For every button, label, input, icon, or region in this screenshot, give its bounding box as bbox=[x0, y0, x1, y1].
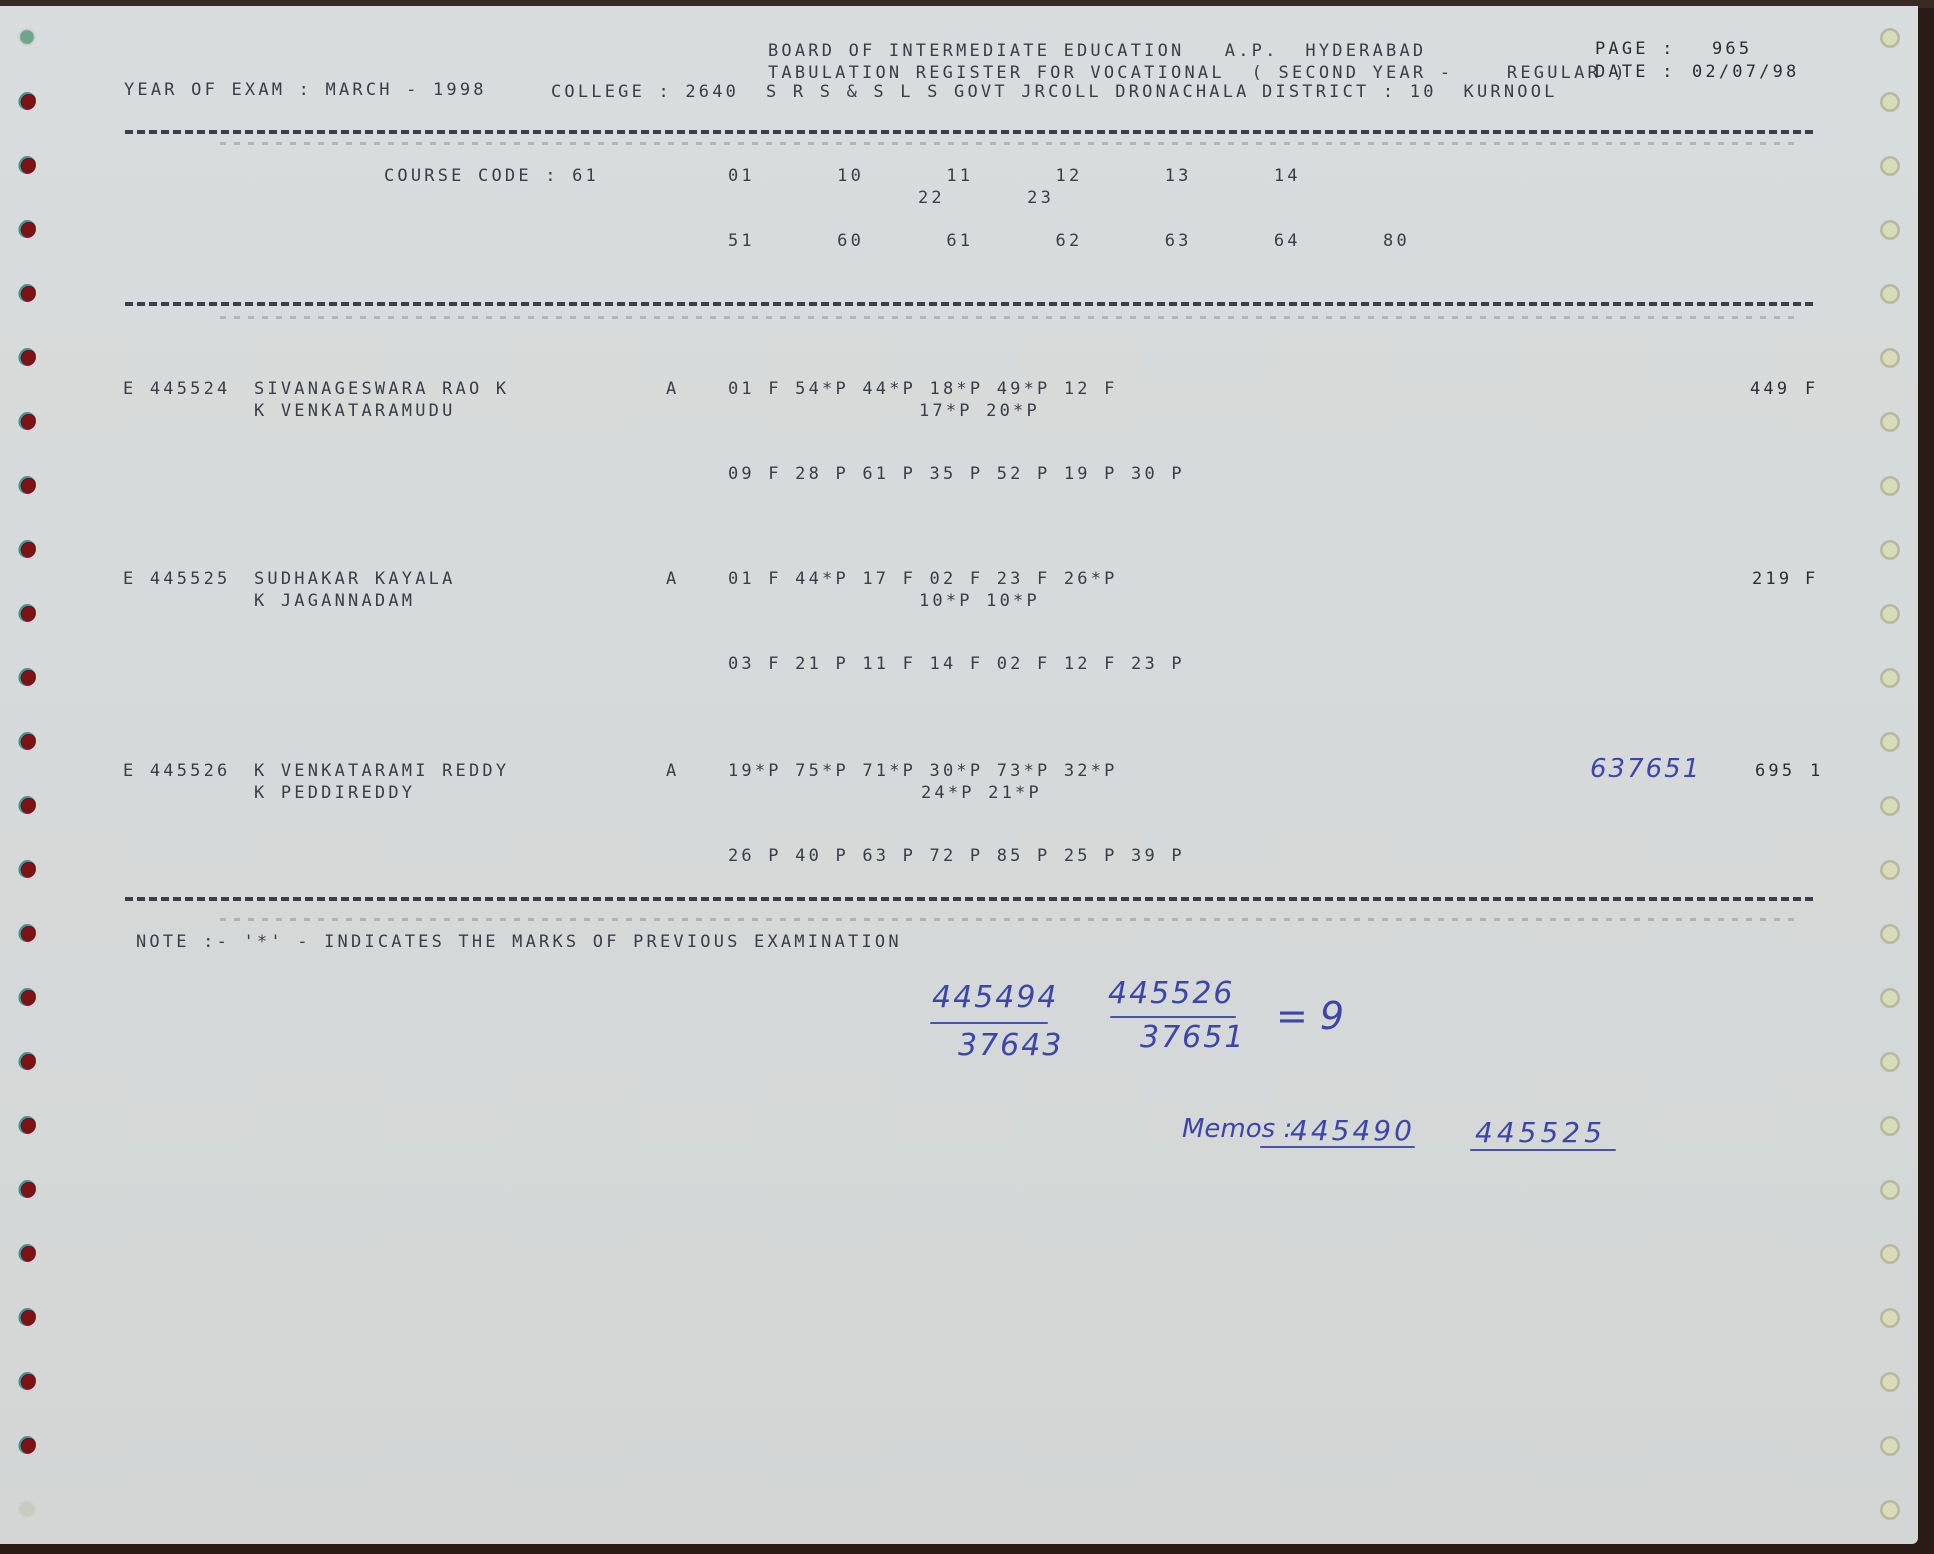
fraction-bar bbox=[930, 1022, 1048, 1024]
marks-row1: 01 F 44*P 17 F 02 F 23 F 26*P bbox=[728, 569, 1118, 589]
subject-codes-row2: 51 60 61 62 63 64 80 bbox=[728, 231, 1410, 251]
fraction1-denominator: 37643 bbox=[958, 1028, 1063, 1063]
feed-hole-icon bbox=[18, 604, 36, 622]
printout-sheet: BOARD OF INTERMEDIATE EDUCATION A.P. HYD… bbox=[0, 6, 1918, 1544]
equals-result: = 9 bbox=[1276, 994, 1344, 1038]
feed-hole-icon bbox=[1880, 1116, 1900, 1136]
marks-row1: 01 F 54*P 44*P 18*P 49*P 12 F bbox=[728, 379, 1118, 399]
feed-hole-icon bbox=[18, 348, 36, 366]
feed-hole-icon bbox=[18, 1116, 36, 1134]
feed-hole-icon bbox=[1880, 924, 1900, 944]
feed-hole-icon bbox=[1880, 796, 1900, 816]
page-number: 965 bbox=[1712, 39, 1752, 59]
fraction2-numerator: 445526 bbox=[1108, 976, 1235, 1011]
feed-hole-icon bbox=[18, 668, 36, 686]
feed-hole-icon bbox=[18, 1500, 36, 1518]
hall-ticket-number: E 445526 bbox=[123, 761, 230, 781]
feed-hole-icon bbox=[18, 1244, 36, 1262]
separator-shadow bbox=[220, 918, 1800, 921]
feed-hole-icon bbox=[1880, 540, 1900, 560]
hall-ticket-number: E 445525 bbox=[123, 569, 230, 589]
feed-hole-icon bbox=[1880, 476, 1900, 496]
total-marks: 219 bbox=[1752, 569, 1792, 589]
feed-hole-icon bbox=[1880, 604, 1900, 624]
feed-hole-icon bbox=[1880, 668, 1900, 688]
subject-codes-row1b: 22 23 bbox=[918, 188, 1054, 208]
memos-value2: 445525 bbox=[1475, 1116, 1606, 1149]
hall-ticket-number: E 445524 bbox=[123, 379, 230, 399]
feed-hole-icon bbox=[1880, 1180, 1900, 1200]
feed-hole-icon bbox=[18, 220, 36, 238]
feed-hole-icon bbox=[18, 1372, 36, 1390]
feed-hole-icon bbox=[1880, 220, 1900, 240]
underline bbox=[1260, 1146, 1415, 1148]
feed-hole-icon bbox=[18, 796, 36, 814]
feed-hole-icon bbox=[18, 412, 36, 430]
marks-row1: 19*P 75*P 71*P 30*P 73*P 32*P bbox=[728, 761, 1118, 781]
feed-hole-icon bbox=[18, 1308, 36, 1326]
feed-hole-icon bbox=[18, 1180, 36, 1198]
register-title: TABULATION REGISTER FOR VOCATIONAL ( SEC… bbox=[768, 63, 1628, 83]
separator-line bbox=[125, 897, 1813, 901]
result: F bbox=[1805, 569, 1818, 589]
category: A bbox=[666, 379, 679, 399]
date-label: DATE : bbox=[1595, 62, 1676, 82]
feed-hole-icon bbox=[18, 156, 36, 174]
student-name: K VENKATARAMI REDDY bbox=[254, 761, 509, 781]
fraction-bar bbox=[1110, 1016, 1236, 1018]
father-name: K VENKATARAMUDU bbox=[254, 401, 456, 421]
separator-shadow bbox=[220, 142, 1800, 145]
memos-label: Memos : bbox=[1182, 1114, 1292, 1144]
underline bbox=[1470, 1149, 1616, 1151]
feed-hole-icon bbox=[18, 540, 36, 558]
fraction2-denominator: 37651 bbox=[1140, 1020, 1245, 1055]
feed-hole-icon bbox=[18, 476, 36, 494]
feed-hole-icon bbox=[1880, 1308, 1900, 1328]
page-label: PAGE : bbox=[1595, 39, 1676, 59]
feed-hole-icon bbox=[18, 92, 36, 110]
feed-hole-icon bbox=[1880, 156, 1900, 176]
separator-line bbox=[125, 302, 1813, 306]
feed-hole-icon bbox=[1880, 988, 1900, 1008]
result: F bbox=[1805, 379, 1818, 399]
fraction1-numerator: 445494 bbox=[932, 980, 1059, 1015]
marks-row1b: 17*P 20*P bbox=[919, 401, 1040, 421]
feed-hole-icon bbox=[18, 860, 36, 878]
feed-hole-icon bbox=[1880, 412, 1900, 432]
feed-hole-icon bbox=[18, 924, 36, 942]
feed-hole-icon bbox=[1880, 1436, 1900, 1456]
footnote: NOTE :- '*' - INDICATES THE MARKS OF PRE… bbox=[136, 932, 902, 952]
category: A bbox=[666, 569, 679, 589]
feed-hole-icon bbox=[1880, 92, 1900, 112]
separator-shadow bbox=[220, 316, 1800, 319]
total-marks: 449 bbox=[1750, 379, 1790, 399]
marks-row2: 26 P 40 P 63 P 72 P 85 P 25 P 39 P bbox=[728, 846, 1185, 866]
student-name: SIVANAGESWARA RAO K bbox=[254, 379, 509, 399]
feed-hole-icon bbox=[1880, 1052, 1900, 1072]
feed-hole-icon bbox=[18, 1436, 36, 1454]
feed-hole-icon bbox=[1880, 348, 1900, 368]
marks-row2: 09 F 28 P 61 P 35 P 52 P 19 P 30 P bbox=[728, 464, 1185, 484]
father-name: K JAGANNADAM bbox=[254, 591, 415, 611]
course-code-label: COURSE CODE : 61 bbox=[384, 166, 599, 186]
feed-hole-icon bbox=[18, 732, 36, 750]
feed-hole-icon bbox=[1880, 732, 1900, 752]
report-date: 02/07/98 bbox=[1692, 62, 1799, 82]
feed-hole-icon bbox=[1880, 1500, 1900, 1520]
marks-row1b: 10*P 10*P bbox=[919, 591, 1040, 611]
college-info: COLLEGE : 2640 S R S & S L S GOVT JRCOLL… bbox=[551, 82, 1250, 102]
year-of-exam: YEAR OF EXAM : MARCH - 1998 bbox=[124, 80, 487, 100]
marks-row2: 03 F 21 P 11 F 14 F 02 F 12 F 23 P bbox=[728, 654, 1185, 674]
feed-hole-icon bbox=[18, 1052, 36, 1070]
feed-hole-icon bbox=[1880, 1372, 1900, 1392]
feed-hole-icon bbox=[18, 28, 36, 46]
board-title: BOARD OF INTERMEDIATE EDUCATION A.P. HYD… bbox=[768, 41, 1426, 61]
total-marks: 695 bbox=[1755, 761, 1795, 781]
feed-hole-icon bbox=[1880, 28, 1900, 48]
feed-hole-icon bbox=[1880, 284, 1900, 304]
marks-row1b: 24*P 21*P bbox=[921, 783, 1042, 803]
district-info: DISTRICT : 10 KURNOOL bbox=[1262, 82, 1558, 102]
result: 1 bbox=[1810, 761, 1823, 781]
category: A bbox=[666, 761, 679, 781]
feed-hole-icon bbox=[1880, 1244, 1900, 1264]
handwritten-number: 637651 bbox=[1590, 754, 1701, 784]
feed-hole-icon bbox=[18, 988, 36, 1006]
separator-line bbox=[125, 130, 1813, 134]
student-name: SUDHAKAR KAYALA bbox=[254, 569, 456, 589]
father-name: K PEDDIREDDY bbox=[254, 783, 415, 803]
feed-hole-icon bbox=[18, 284, 36, 302]
memos-value1: 445490 bbox=[1290, 1114, 1415, 1147]
feed-hole-icon bbox=[1880, 860, 1900, 880]
subject-codes-row1: 01 10 11 12 13 14 bbox=[728, 166, 1301, 186]
